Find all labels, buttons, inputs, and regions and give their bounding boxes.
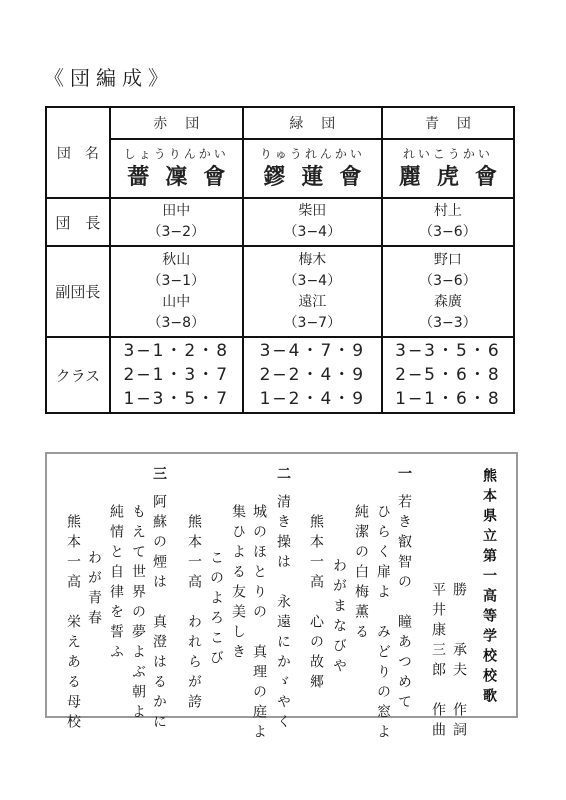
class-list-item: 3−4・7・9 — [244, 339, 381, 363]
row-label-text: 団 長 — [55, 214, 100, 232]
classes-red: 3−1・2・8 2−1・3・7 1−3・5・7 — [110, 337, 243, 413]
leader-class: （3−6） — [383, 222, 513, 243]
vice-class: （3−8） — [111, 313, 242, 334]
verse-2-line-4: このよろこび — [208, 550, 224, 670]
vice-class: （3−6） — [383, 271, 513, 292]
row-label-text: クラス — [56, 367, 101, 385]
verse-1-line-4: わがまなびや — [331, 558, 347, 678]
team-name-blue: れいこうかい 麗虎會 — [382, 139, 514, 198]
verse-1-line-3: 純潔の白梅薫る — [353, 504, 369, 644]
leader-name: 柴田 — [244, 201, 381, 222]
vice-green: 梅木 （3−4） 遠江 （3−7） — [243, 246, 382, 337]
team-name-reading: れいこうかい — [383, 146, 513, 162]
classes-blue: 3−3・5・6 2−5・6・8 1−1・6・8 — [382, 337, 514, 413]
class-list-item: 1−2・4・9 — [244, 387, 381, 411]
row-label-text: 副団長 — [55, 283, 100, 301]
class-list-item: 2−1・3・7 — [111, 363, 242, 387]
vice-name: 梅木 — [244, 250, 381, 271]
team-name-kanji: 鏐蓮會 — [244, 162, 381, 192]
team-header-text: 緑団 — [271, 116, 353, 132]
leader-name: 田中 — [111, 201, 242, 222]
verse-1-line-2: ひらく扉よ みどりの窓よ — [375, 504, 391, 744]
class-list-item: 2−2・4・9 — [244, 363, 381, 387]
vice-name: 野口 — [383, 250, 513, 271]
row-label-team-name: 団 名 — [46, 107, 110, 198]
verse-2-line-2: 城のほとりの 真理の庭よ — [251, 504, 267, 744]
verse-2-number: 二 — [275, 466, 291, 486]
leader-class: （3−2） — [111, 222, 242, 243]
page-title: 《団編成》 — [44, 62, 174, 91]
song-title: 熊本県立第一高等学校校歌 — [481, 468, 497, 708]
verse-3-line-4: わが青春 — [86, 550, 102, 630]
team-name-kanji: 麗虎會 — [383, 162, 513, 192]
row-label-vice-leader: 副団長 — [46, 246, 110, 337]
verse-3-number: 三 — [151, 466, 167, 486]
verse-1-line-1: 若き叡智の 瞳あつめて — [396, 494, 412, 714]
song-lyricist: 勝 承夫 作詞 — [451, 582, 467, 742]
vice-class: （3−1） — [111, 271, 242, 292]
team-header-row: 団 名 赤団 緑団 青団 — [46, 107, 514, 139]
team-header-red: 赤団 — [110, 107, 243, 139]
team-name-reading: りゅうれんかい — [244, 146, 381, 162]
team-name-kanji: 薔凜會 — [111, 162, 242, 192]
vice-name: 秋山 — [111, 250, 242, 271]
vice-leader-row: 副団長 秋山 （3−1） 山中 （3−8） 梅木 （3−4） 遠江 （3−7） … — [46, 246, 514, 337]
verse-1-number: 一 — [396, 466, 412, 486]
leader-blue: 村上 （3−6） — [382, 198, 514, 246]
verse-1-line-5: 熊本一高 心の故郷 — [308, 514, 324, 694]
team-organization-table: 団 名 赤団 緑団 青団 しょうりんかい 薔凜會 りゅうれんかい 鏐蓮會 れいこ… — [45, 106, 515, 414]
verse-2-line-3: 集ひよる友美しき — [230, 504, 246, 664]
vice-blue: 野口 （3−6） 森廣 （3−3） — [382, 246, 514, 337]
vice-name: 山中 — [111, 292, 242, 313]
verse-3-line-1: 阿蘇の煙は 真澄はるかに — [151, 494, 167, 734]
leader-name: 村上 — [383, 201, 513, 222]
vice-name: 遠江 — [244, 292, 381, 313]
verse-2-line-5: 熊本一高 われらが誇 — [186, 514, 202, 714]
school-song-box: 熊本県立第一高等学校校歌 勝 承夫 作詞 平井康三郎 作曲 一 若き叡智の 瞳あ… — [45, 452, 518, 718]
leader-green: 柴田 （3−4） — [243, 198, 382, 246]
class-list-item: 1−1・6・8 — [383, 387, 513, 411]
team-name-reading: しょうりんかい — [111, 146, 242, 162]
vice-red: 秋山 （3−1） 山中 （3−8） — [110, 246, 243, 337]
team-header-text: 青団 — [407, 116, 489, 132]
vice-class: （3−4） — [244, 271, 381, 292]
team-name-green: りゅうれんかい 鏐蓮會 — [243, 139, 382, 198]
class-list-item: 1−3・5・7 — [111, 387, 242, 411]
leader-red: 田中 （3−2） — [110, 198, 243, 246]
team-name-row: しょうりんかい 薔凜會 りゅうれんかい 鏐蓮會 れいこうかい 麗虎會 — [46, 139, 514, 198]
row-label-classes: クラス — [46, 337, 110, 413]
team-header-green: 緑団 — [243, 107, 382, 139]
team-name-red: しょうりんかい 薔凜會 — [110, 139, 243, 198]
verse-3-line-5: 熊本一高 栄えある母校 — [65, 514, 81, 734]
verse-3-line-3: 純情と自律を誓ふ — [108, 504, 124, 664]
row-label-text: 団 名 — [57, 146, 99, 162]
row-label-leader: 団 長 — [46, 198, 110, 246]
vice-class: （3−3） — [383, 313, 513, 334]
verse-2-line-1: 清き操は 永遠にかゞやく — [275, 494, 291, 734]
classes-green: 3−4・7・9 2−2・4・9 1−2・4・9 — [243, 337, 382, 413]
class-list-item: 3−3・5・6 — [383, 339, 513, 363]
leader-row: 団 長 田中 （3−2） 柴田 （3−4） 村上 （3−6） — [46, 198, 514, 246]
song-composer: 平井康三郎 作曲 — [430, 582, 446, 742]
team-header-text: 赤団 — [135, 116, 217, 132]
vice-name: 森廣 — [383, 292, 513, 313]
leader-class: （3−4） — [244, 222, 381, 243]
class-list-item: 3−1・2・8 — [111, 339, 242, 363]
class-row: クラス 3−1・2・8 2−1・3・7 1−3・5・7 3−4・7・9 2−2・… — [46, 337, 514, 413]
vice-class: （3−7） — [244, 313, 381, 334]
team-header-blue: 青団 — [382, 107, 514, 139]
class-list-item: 2−5・6・8 — [383, 363, 513, 387]
verse-3-line-2: もえて世界の夢よぶ朝よ — [130, 504, 146, 724]
